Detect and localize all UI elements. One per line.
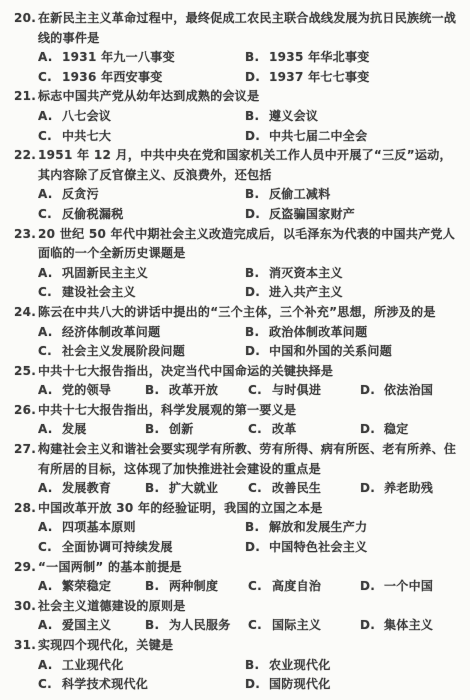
option-text: 创新 — [169, 422, 194, 436]
question-31: 31.实现四个现代化，关键是 A.工业现代化 B.农业现代化 C.科学技术现代化… — [14, 636, 458, 695]
option-label: B. — [145, 616, 169, 636]
option-text: 消灭资本主义 — [269, 266, 343, 280]
option-text: 扩大就业 — [169, 481, 218, 495]
option-c: C.改革 — [248, 420, 360, 440]
option-d: D.中国和外国的关系问题 — [245, 342, 458, 362]
option-label: B. — [245, 656, 269, 676]
question-number: 26. — [14, 401, 38, 421]
question-25: 25.中共十七大报告指出，决定当代中国命运的关键抉择是 A.党的领导 B.改革开… — [14, 362, 458, 401]
question-number: 27. — [14, 440, 38, 460]
question-stem: 23.20 世纪 50 年代中期社会主义改造完成后，以毛泽东为代表的中国共产党人… — [14, 225, 458, 264]
option-text: 1937 年七七事变 — [269, 70, 370, 84]
option-label: D. — [245, 283, 269, 303]
question-number: 31. — [14, 636, 38, 656]
question-options: A.1931 年九一八事变 B.1935 年华北事变 C.1936 年西安事变 … — [38, 48, 458, 87]
question-text: 20 世纪 50 年代中期社会主义改造完成后，以毛泽东为代表的中国共产党人面临的… — [38, 227, 455, 261]
option-d: D.养老助残 — [360, 479, 458, 499]
option-text: 1931 年九一八事变 — [62, 50, 175, 64]
question-number: 23. — [14, 225, 38, 245]
option-text: 发展教育 — [62, 481, 111, 495]
option-text: 国际主义 — [272, 618, 321, 632]
question-stem: 27.构建社会主义和谐社会要实现学有所教、劳有所得、病有所医、老有所养、住有所居… — [14, 440, 458, 479]
option-c: C.国际主义 — [248, 616, 360, 636]
option-label: C. — [248, 381, 272, 401]
option-text: 遵义会议 — [269, 109, 318, 123]
option-a: A.发展教育 — [38, 479, 145, 499]
option-label: D. — [245, 127, 269, 147]
question-28: 28.中国改革开放 30 年的经验证明，我国的立国之本是 A.四项基本原则 B.… — [14, 499, 458, 558]
question-options: A.四项基本原则 B.解放和发展生产力 C.全面协调可持续发展 D.中国特色社会… — [38, 518, 458, 557]
question-21: 21.标志中国共产党从幼年达到成熟的会议是 A.八七会议 B.遵义会议 C.中共… — [14, 87, 458, 146]
option-label: D. — [360, 381, 384, 401]
option-label: A. — [38, 107, 62, 127]
question-text: 中共十七大报告指出，科学发展观的第一要义是 — [38, 403, 296, 417]
option-text: 养老助残 — [384, 481, 433, 495]
option-b: B.政治体制改革问题 — [245, 323, 458, 343]
question-text: 1951 年 12 月，中共中央在党和国家机关工作人员中开展了“三反”运动，其内… — [38, 148, 452, 182]
option-text: 科学技术现代化 — [62, 677, 148, 691]
option-b: B.消灭资本主义 — [245, 264, 458, 284]
question-options: A.繁荣稳定 B.两种制度 C.高度自治 D.一个中国 — [38, 577, 458, 597]
question-options: A.八七会议 B.遵义会议 C.中共七大 D.中共七届二中全会 — [38, 107, 458, 146]
option-text: 反偷税漏税 — [62, 207, 124, 221]
option-d: D.集体主义 — [360, 616, 458, 636]
option-label: D. — [245, 675, 269, 695]
option-label: C. — [248, 420, 272, 440]
question-options: A.发展 B.创新 C.改革 D.稳定 — [38, 420, 458, 440]
question-26: 26.中共十七大报告指出，科学发展观的第一要义是 A.发展 B.创新 C.改革 … — [14, 401, 458, 440]
option-a: A.1931 年九一八事变 — [38, 48, 245, 68]
option-text: 四项基本原则 — [62, 520, 136, 534]
option-label: A. — [38, 185, 62, 205]
option-d: D.稳定 — [360, 420, 458, 440]
option-d: D.国防现代化 — [245, 675, 458, 695]
question-30: 30.社会主义道德建设的原则是 A.爱国主义 B.为人民服务 C.国际主义 D.… — [14, 597, 458, 636]
option-label: B. — [245, 264, 269, 284]
option-d: D.依法治国 — [360, 381, 458, 401]
option-b: B.扩大就业 — [145, 479, 248, 499]
option-text: 发展 — [62, 422, 87, 436]
option-text: 高度自治 — [272, 579, 321, 593]
option-text: 政治体制改革问题 — [269, 325, 367, 339]
option-label: B. — [245, 107, 269, 127]
option-label: C. — [38, 68, 62, 88]
option-text: 解放和发展生产力 — [269, 520, 367, 534]
option-label: A. — [38, 518, 62, 538]
option-text: 工业现代化 — [62, 658, 124, 672]
option-label: D. — [360, 420, 384, 440]
option-text: 爱国主义 — [62, 618, 111, 632]
option-a: A.爱国主义 — [38, 616, 145, 636]
question-stem: 29.“一国两制” 的基本前提是 — [14, 558, 458, 578]
option-b: B.农业现代化 — [245, 656, 458, 676]
option-text: 巩固新民主主义 — [62, 266, 148, 280]
option-text: 全面协调可持续发展 — [62, 540, 173, 554]
option-label: C. — [38, 205, 62, 225]
option-c: C.中共七大 — [38, 127, 245, 147]
option-text: 中国特色社会主义 — [269, 540, 367, 554]
option-d: D.1937 年七七事变 — [245, 68, 458, 88]
question-number: 30. — [14, 597, 38, 617]
option-label: A. — [38, 381, 62, 401]
question-options: A.工业现代化 B.农业现代化 C.科学技术现代化 D.国防现代化 — [38, 656, 458, 695]
option-text: 农业现代化 — [269, 658, 331, 672]
option-label: D. — [245, 538, 269, 558]
option-a: A.反贪污 — [38, 185, 245, 205]
option-b: B.解放和发展生产力 — [245, 518, 458, 538]
option-b: B.反偷工减料 — [245, 185, 458, 205]
option-a: A.八七会议 — [38, 107, 245, 127]
option-c: C.1936 年西安事变 — [38, 68, 245, 88]
question-stem: 30.社会主义道德建设的原则是 — [14, 597, 458, 617]
question-options: A.发展教育 B.扩大就业 C.改善民生 D.养老助残 — [38, 479, 458, 499]
option-text: 反偷工减料 — [269, 187, 331, 201]
option-text: 1936 年西安事变 — [62, 70, 163, 84]
option-a: A.巩固新民主主义 — [38, 264, 245, 284]
option-label: A. — [38, 48, 62, 68]
question-number: 29. — [14, 558, 38, 578]
option-label: A. — [38, 323, 62, 343]
option-c: C.反偷税漏税 — [38, 205, 245, 225]
option-label: B. — [245, 185, 269, 205]
option-label: C. — [38, 127, 62, 147]
option-label: A. — [38, 420, 62, 440]
option-text: 党的领导 — [62, 383, 111, 397]
question-29: 29.“一国两制” 的基本前提是 A.繁荣稳定 B.两种制度 C.高度自治 D.… — [14, 558, 458, 597]
option-text: 国防现代化 — [269, 677, 331, 691]
question-27: 27.构建社会主义和谐社会要实现学有所教、劳有所得、病有所医、老有所养、住有所居… — [14, 440, 458, 499]
option-text: 1935 年华北事变 — [269, 50, 370, 64]
option-b: B.为人民服务 — [145, 616, 248, 636]
question-options: A.巩固新民主主义 B.消灭资本主义 C.建设社会主义 D.进入共产主义 — [38, 264, 458, 303]
option-label: C. — [38, 538, 62, 558]
option-text: 建设社会主义 — [62, 285, 136, 299]
option-label: B. — [145, 420, 169, 440]
question-stem: 31.实现四个现代化，关键是 — [14, 636, 458, 656]
option-text: 反贪污 — [62, 187, 99, 201]
question-text: 标志中国共产党从幼年达到成熟的会议是 — [38, 89, 259, 103]
option-label: D. — [245, 68, 269, 88]
question-text: 构建社会主义和谐社会要实现学有所教、劳有所得、病有所医、老有所养、住有所居的目标… — [38, 442, 456, 476]
option-label: A. — [38, 479, 62, 499]
option-label: B. — [245, 48, 269, 68]
option-label: A. — [38, 264, 62, 284]
option-c: C.科学技术现代化 — [38, 675, 245, 695]
option-c: C.社会主义发展阶段问题 — [38, 342, 245, 362]
option-text: 依法治国 — [384, 383, 433, 397]
option-label: D. — [245, 342, 269, 362]
option-c: C.高度自治 — [248, 577, 360, 597]
option-d: D.反盗骗国家财产 — [245, 205, 458, 225]
question-stem: 20.在新民主主义革命过程中，最终促成工农民主联合战线发展为抗日民族统一战线的事… — [14, 9, 458, 48]
option-label: A. — [38, 577, 62, 597]
question-stem: 26.中共十七大报告指出，科学发展观的第一要义是 — [14, 401, 458, 421]
option-text: 一个中国 — [384, 579, 433, 593]
option-d: D.中国特色社会主义 — [245, 538, 458, 558]
question-number: 28. — [14, 499, 38, 519]
option-label: D. — [360, 616, 384, 636]
question-text: 陈云在中共八大的讲话中提出的“三个主体，三个补充”思想，所涉及的是 — [38, 305, 436, 319]
option-text: 中共七届二中全会 — [269, 129, 367, 143]
option-label: C. — [248, 479, 272, 499]
question-22: 22.1951 年 12 月，中共中央在党和国家机关工作人员中开展了“三反”运动… — [14, 146, 458, 224]
option-label: D. — [360, 577, 384, 597]
option-text: 两种制度 — [169, 579, 218, 593]
question-text: 在新民主主义革命过程中，最终促成工农民主联合战线发展为抗日民族统一战线的事件是 — [38, 11, 456, 45]
question-number: 20. — [14, 9, 38, 29]
option-text: 与时俱进 — [272, 383, 321, 397]
question-text: “一国两制” 的基本前提是 — [38, 560, 182, 574]
option-a: A.发展 — [38, 420, 145, 440]
question-stem: 25.中共十七大报告指出，决定当代中国命运的关键抉择是 — [14, 362, 458, 382]
option-label: C. — [248, 577, 272, 597]
option-label: B. — [245, 518, 269, 538]
question-number: 21. — [14, 87, 38, 107]
option-b: B.改革开放 — [145, 381, 248, 401]
option-text: 社会主义发展阶段问题 — [62, 344, 185, 358]
question-options: A.党的领导 B.改革开放 C.与时俱进 D.依法治国 — [38, 381, 458, 401]
option-label: C. — [248, 616, 272, 636]
option-a: A.繁荣稳定 — [38, 577, 145, 597]
option-b: B.遵义会议 — [245, 107, 458, 127]
option-label: C. — [38, 342, 62, 362]
option-text: 稳定 — [384, 422, 409, 436]
option-a: A.经济体制改革问题 — [38, 323, 245, 343]
question-23: 23.20 世纪 50 年代中期社会主义改造完成后，以毛泽东为代表的中国共产党人… — [14, 225, 458, 303]
exam-page: 20.在新民主主义革命过程中，最终促成工农民主联合战线发展为抗日民族统一战线的事… — [0, 0, 470, 700]
option-a: A.四项基本原则 — [38, 518, 245, 538]
option-label: A. — [38, 656, 62, 676]
question-number: 22. — [14, 146, 38, 166]
question-stem: 22.1951 年 12 月，中共中央在党和国家机关工作人员中开展了“三反”运动… — [14, 146, 458, 185]
option-c: C.改善民生 — [248, 479, 360, 499]
question-options: A.反贪污 B.反偷工减料 C.反偷税漏税 D.反盗骗国家财产 — [38, 185, 458, 224]
option-label: A. — [38, 616, 62, 636]
question-number: 25. — [14, 362, 38, 382]
option-label: B. — [245, 323, 269, 343]
option-text: 进入共产主义 — [269, 285, 343, 299]
question-stem: 24.陈云在中共八大的讲话中提出的“三个主体，三个补充”思想，所涉及的是 — [14, 303, 458, 323]
question-options: A.经济体制改革问题 B.政治体制改革问题 C.社会主义发展阶段问题 D.中国和… — [38, 323, 458, 362]
option-d: D.进入共产主义 — [245, 283, 458, 303]
option-text: 经济体制改革问题 — [62, 325, 160, 339]
option-text: 改革 — [272, 422, 297, 436]
option-c: C.建设社会主义 — [38, 283, 245, 303]
question-text: 中共十七大报告指出，决定当代中国命运的关键抉择是 — [38, 364, 333, 378]
option-b: B.两种制度 — [145, 577, 248, 597]
question-text: 社会主义道德建设的原则是 — [38, 599, 186, 613]
question-20: 20.在新民主主义革命过程中，最终促成工农民主联合战线发展为抗日民族统一战线的事… — [14, 9, 458, 87]
option-text: 八七会议 — [62, 109, 111, 123]
option-label: B. — [145, 381, 169, 401]
option-text: 中国和外国的关系问题 — [269, 344, 392, 358]
option-text: 繁荣稳定 — [62, 579, 111, 593]
question-text: 中国改革开放 30 年的经验证明，我国的立国之本是 — [38, 501, 323, 515]
question-stem: 28.中国改革开放 30 年的经验证明，我国的立国之本是 — [14, 499, 458, 519]
option-text: 改革开放 — [169, 383, 218, 397]
option-label: C. — [38, 283, 62, 303]
question-stem: 21.标志中国共产党从幼年达到成熟的会议是 — [14, 87, 458, 107]
option-text: 为人民服务 — [169, 618, 231, 632]
option-b: B.1935 年华北事变 — [245, 48, 458, 68]
option-a: A.党的领导 — [38, 381, 145, 401]
question-text: 实现四个现代化，关键是 — [38, 638, 173, 652]
option-c: C.全面协调可持续发展 — [38, 538, 245, 558]
option-text: 中共七大 — [62, 129, 111, 143]
option-d: D.中共七届二中全会 — [245, 127, 458, 147]
option-b: B.创新 — [145, 420, 248, 440]
option-label: D. — [360, 479, 384, 499]
option-text: 反盗骗国家财产 — [269, 207, 355, 221]
question-24: 24.陈云在中共八大的讲话中提出的“三个主体，三个补充”思想，所涉及的是 A.经… — [14, 303, 458, 362]
option-label: B. — [145, 577, 169, 597]
option-text: 集体主义 — [384, 618, 433, 632]
option-text: 改善民生 — [272, 481, 321, 495]
option-d: D.一个中国 — [360, 577, 458, 597]
question-options: A.爱国主义 B.为人民服务 C.国际主义 D.集体主义 — [38, 616, 458, 636]
option-a: A.工业现代化 — [38, 656, 245, 676]
option-label: B. — [145, 479, 169, 499]
question-number: 24. — [14, 303, 38, 323]
option-c: C.与时俱进 — [248, 381, 360, 401]
option-label: D. — [245, 205, 269, 225]
option-label: C. — [38, 675, 62, 695]
